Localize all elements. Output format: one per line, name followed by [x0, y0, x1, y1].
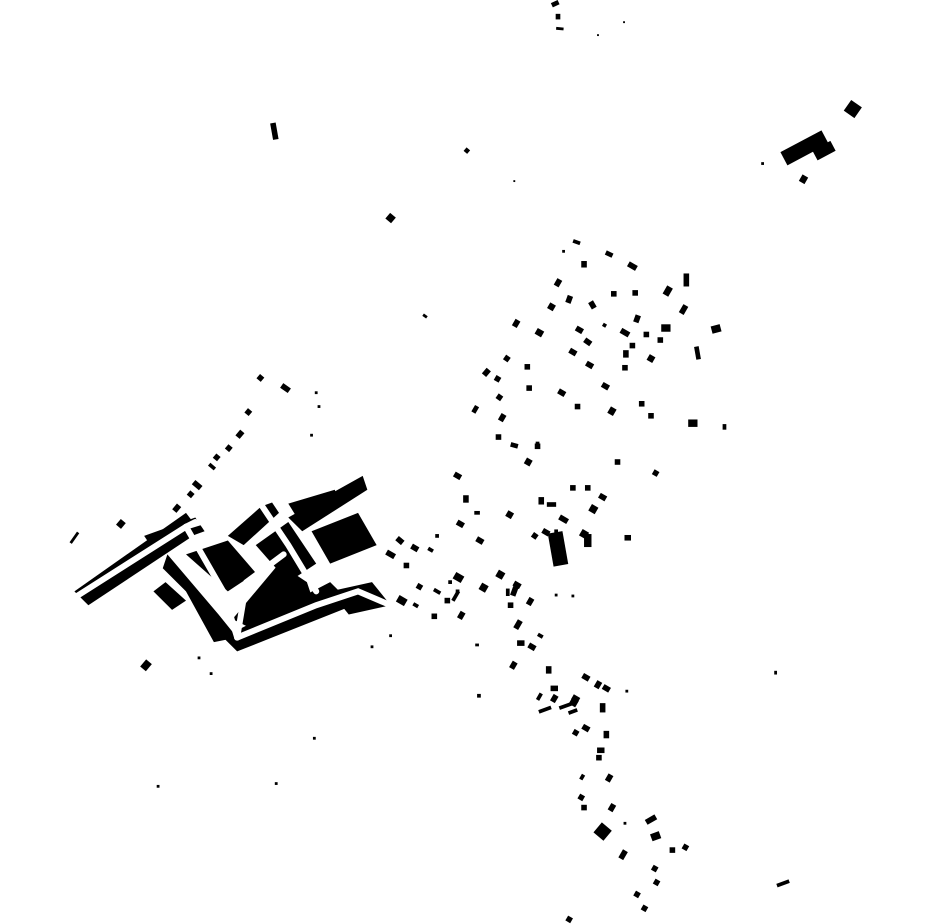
building [513, 180, 515, 182]
building [496, 393, 504, 401]
building [525, 364, 531, 370]
building [550, 694, 559, 703]
building [579, 774, 585, 781]
building [427, 547, 434, 553]
building [275, 782, 278, 785]
building [494, 375, 502, 383]
building [572, 729, 580, 737]
building [618, 849, 627, 860]
building [538, 706, 552, 714]
building [555, 594, 558, 597]
building [404, 563, 410, 569]
building [551, 0, 560, 7]
building [524, 458, 533, 467]
building [611, 291, 617, 297]
building [213, 453, 221, 461]
building [535, 328, 545, 337]
building [565, 916, 573, 924]
building [577, 794, 585, 802]
building [597, 747, 604, 753]
building [568, 348, 577, 357]
building [531, 532, 539, 540]
building [623, 21, 625, 23]
building [575, 326, 584, 335]
building [633, 891, 641, 899]
building [456, 520, 465, 529]
building [270, 122, 278, 139]
building [457, 611, 466, 620]
building [192, 480, 203, 490]
building [422, 314, 427, 319]
building [508, 602, 514, 608]
building [625, 690, 628, 693]
building [663, 285, 673, 296]
building [547, 502, 556, 507]
building [658, 337, 664, 343]
building [605, 773, 614, 782]
building [581, 261, 587, 268]
building [244, 408, 252, 416]
building [623, 350, 629, 357]
building [256, 374, 264, 382]
building [318, 405, 321, 408]
building [70, 532, 80, 544]
building [554, 278, 563, 287]
building [652, 469, 660, 477]
building [627, 261, 638, 270]
building [432, 614, 438, 620]
building [615, 459, 621, 465]
building [581, 724, 590, 733]
building [526, 597, 535, 606]
building [585, 361, 594, 370]
building [776, 879, 790, 887]
building [157, 785, 160, 788]
building [645, 814, 657, 824]
building [679, 304, 688, 315]
building [210, 672, 213, 675]
building [711, 324, 722, 334]
building [208, 463, 216, 471]
building [602, 323, 607, 328]
figure-ground-map [0, 0, 930, 924]
building [471, 405, 479, 414]
building [565, 295, 573, 304]
building [416, 583, 424, 591]
building [575, 404, 581, 410]
building [464, 147, 471, 154]
building [761, 162, 764, 165]
building [505, 510, 514, 519]
building [548, 531, 568, 567]
building [641, 904, 649, 912]
building [607, 406, 616, 416]
building [313, 737, 316, 740]
building [602, 684, 611, 693]
building [513, 619, 522, 630]
building [624, 822, 627, 825]
building [844, 100, 862, 118]
building [477, 694, 481, 698]
building [651, 865, 659, 873]
building [639, 401, 645, 407]
building [605, 250, 614, 257]
building [648, 413, 654, 419]
building [453, 472, 462, 481]
building [479, 583, 489, 593]
building [547, 302, 556, 311]
building [445, 598, 451, 604]
building [597, 34, 599, 36]
building [546, 666, 552, 673]
building [496, 434, 502, 440]
building [140, 659, 152, 671]
building [620, 328, 631, 337]
building [571, 595, 574, 598]
building [799, 174, 808, 184]
building [551, 686, 558, 692]
building [116, 519, 126, 529]
building [644, 332, 650, 338]
building [527, 643, 536, 652]
building [410, 544, 419, 553]
building [581, 805, 587, 811]
building [435, 534, 439, 538]
building [584, 534, 591, 547]
building [556, 27, 564, 30]
building [608, 803, 617, 812]
building [225, 444, 233, 452]
building [570, 485, 576, 491]
building [588, 504, 598, 514]
building [593, 822, 611, 840]
building [538, 497, 544, 504]
building [448, 580, 452, 584]
building [624, 535, 631, 541]
building [512, 319, 521, 328]
building [588, 300, 597, 309]
building [581, 673, 590, 682]
building [482, 368, 491, 377]
building [475, 644, 479, 647]
building [650, 831, 661, 841]
building [310, 434, 313, 437]
building [554, 529, 558, 533]
building [630, 343, 636, 349]
building [187, 490, 195, 498]
building [198, 656, 201, 659]
building [280, 383, 291, 393]
building [536, 693, 543, 701]
building [596, 755, 602, 761]
building [601, 382, 610, 391]
building [682, 843, 690, 851]
building [536, 442, 540, 446]
building [475, 536, 484, 545]
building [385, 213, 395, 223]
building [315, 391, 318, 394]
building [688, 419, 697, 426]
building [498, 413, 507, 422]
building [694, 346, 701, 360]
building [433, 588, 441, 595]
building [385, 550, 396, 559]
building [632, 290, 638, 296]
building [598, 493, 607, 502]
building [622, 365, 628, 371]
building [495, 570, 505, 580]
building [723, 424, 727, 430]
building-footprints [70, 0, 862, 923]
building [558, 515, 569, 524]
building [509, 661, 518, 670]
building [463, 495, 469, 502]
building [172, 504, 181, 513]
building-block [312, 513, 377, 564]
building [594, 680, 603, 689]
building [474, 511, 480, 515]
building [389, 634, 392, 637]
building [670, 847, 676, 853]
building [600, 703, 606, 712]
building [585, 485, 591, 491]
building [684, 273, 690, 286]
building [604, 731, 610, 738]
building [572, 239, 580, 245]
building [562, 250, 565, 253]
building [453, 572, 465, 583]
building [510, 442, 518, 448]
building [517, 640, 524, 646]
building [526, 385, 532, 391]
building [396, 595, 408, 606]
building [510, 586, 518, 597]
building [633, 314, 641, 323]
building [774, 671, 777, 675]
building [583, 337, 592, 346]
building [647, 354, 656, 363]
building [537, 633, 544, 639]
building [235, 430, 244, 439]
building [371, 645, 374, 648]
building [568, 708, 578, 715]
building [557, 388, 566, 397]
building [412, 602, 419, 608]
building [661, 324, 670, 331]
building [556, 14, 561, 20]
building [503, 355, 511, 363]
building [395, 536, 404, 545]
street [70, 522, 196, 601]
building [653, 879, 661, 887]
building [506, 589, 510, 596]
